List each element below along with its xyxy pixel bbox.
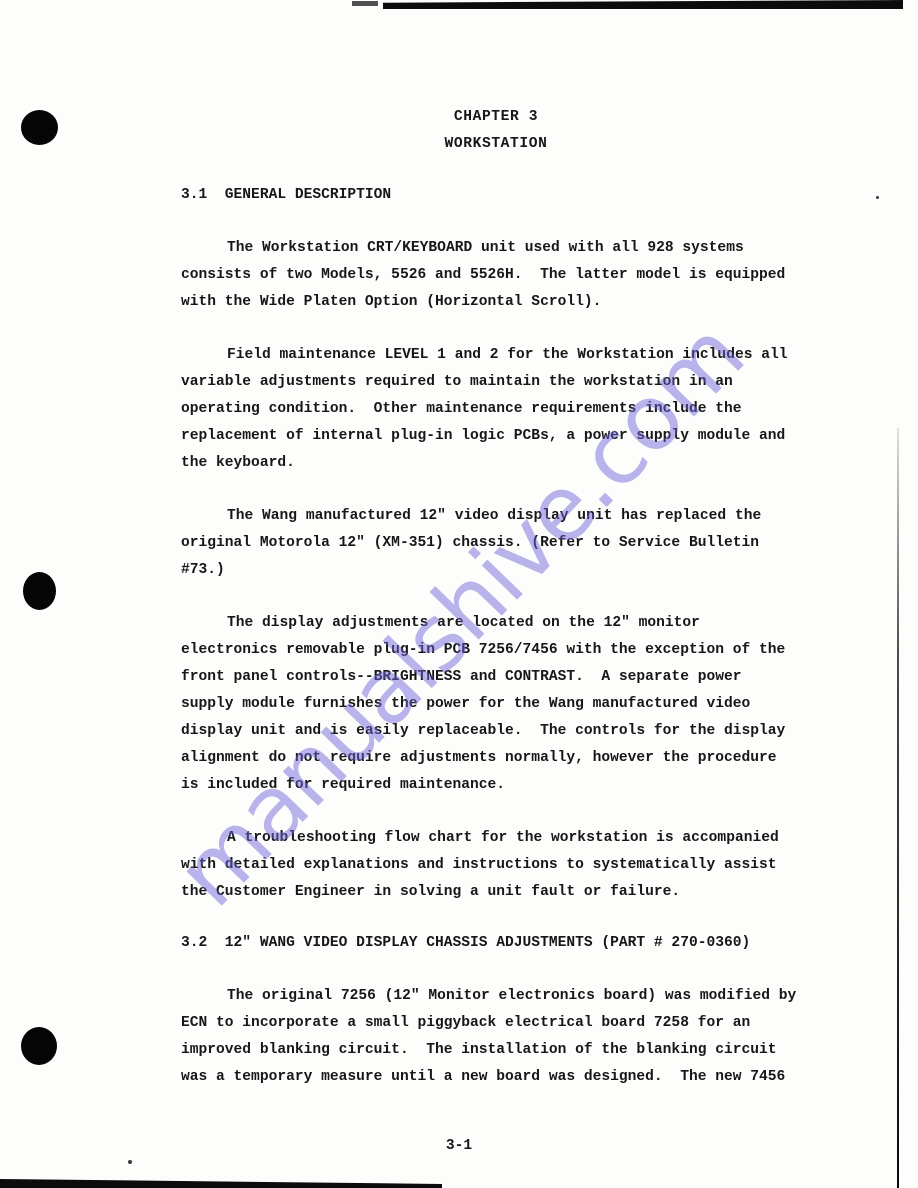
scan-artifact-top-bar bbox=[383, 0, 903, 9]
section-3-2-heading: 3.2 12" WANG VIDEO DISPLAY CHASSIS ADJUS… bbox=[181, 930, 811, 957]
document-text-column: CHAPTER 3 WORKSTATION 3.1 GENERAL DESCRI… bbox=[181, 104, 811, 1091]
paragraph: The display adjustments are located on t… bbox=[181, 610, 811, 799]
hole-punch-bottom bbox=[21, 1027, 57, 1065]
scan-artifact-top-dash bbox=[352, 1, 378, 6]
scan-speck bbox=[876, 196, 879, 199]
scan-artifact-right-edge-line bbox=[897, 428, 899, 1188]
scan-speck bbox=[128, 1160, 132, 1164]
chapter-number-heading: CHAPTER 3 bbox=[181, 104, 811, 131]
paragraph: Field maintenance LEVEL 1 and 2 for the … bbox=[181, 342, 811, 477]
hole-punch-top bbox=[21, 110, 58, 145]
chapter-name-heading: WORKSTATION bbox=[181, 131, 811, 158]
page-number: 3-1 bbox=[0, 1133, 918, 1160]
paragraph: The Workstation CRT/KEYBOARD unit used w… bbox=[181, 235, 811, 316]
paragraph: A troubleshooting flow chart for the wor… bbox=[181, 825, 811, 906]
scanned-manual-page: manualshive.com CHAPTER 3 WORKSTATION 3.… bbox=[0, 0, 918, 1188]
hole-punch-middle bbox=[23, 572, 56, 610]
section-3-1-heading: 3.1 GENERAL DESCRIPTION bbox=[181, 182, 811, 209]
scan-artifact-bottom-bar bbox=[0, 1179, 442, 1188]
paragraph: The Wang manufactured 12" video display … bbox=[181, 503, 811, 584]
paragraph: The original 7256 (12" Monitor electroni… bbox=[181, 983, 811, 1091]
